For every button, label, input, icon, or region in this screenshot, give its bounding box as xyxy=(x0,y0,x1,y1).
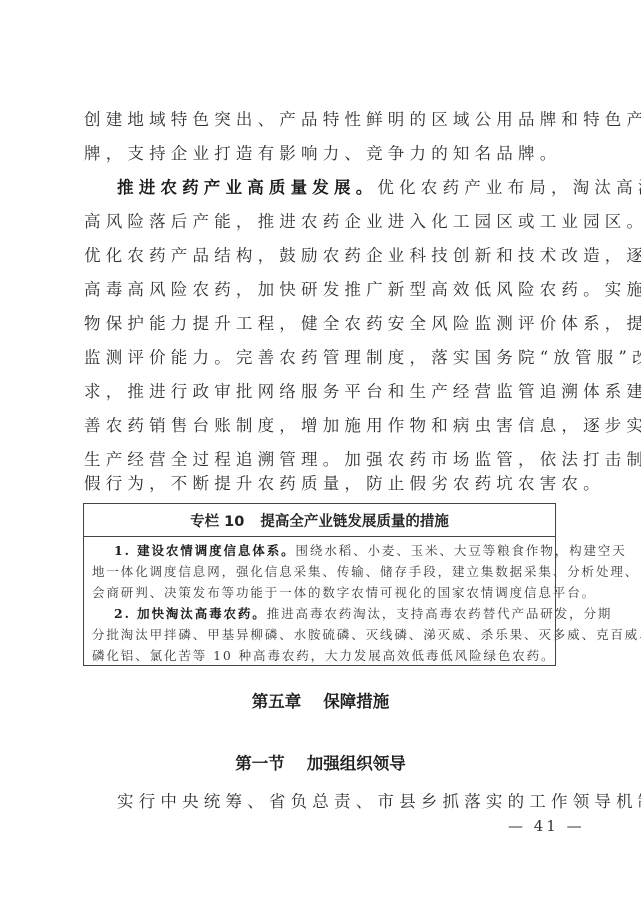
box-item-text: 围绕水稻、小麦、玉米、大豆等粮食作物，构建空天 xyxy=(296,543,627,558)
section-number: 第一节 xyxy=(235,754,285,773)
chapter-heading: 第五章保障措施 xyxy=(0,688,641,712)
box-item-text: 推进高毒农药淘汰，支持高毒农药替代产品研发，分期 xyxy=(267,606,613,621)
paragraph-line: 牌，支持企业打造有影响力、竞争力的知名品牌。 xyxy=(84,144,558,164)
paragraph-line: 善农药销售台账制度，增加施用作物和病虫害信息，逐步实现农药 xyxy=(84,416,558,436)
chapter-number: 第五章 xyxy=(252,692,302,711)
paragraph-line: 物保护能力提升工程，健全农药安全风险监测评价体系，提升风险 xyxy=(84,314,558,334)
section-heading: 第一节加强组织领导 xyxy=(0,750,641,774)
box-item-first-line: 2. 加快淘汰高毒农药。推进高毒农药淘汰，支持高毒农药替代产品研发，分期 xyxy=(92,606,546,622)
box-item-line: 地一体化调度信息网，强化信息采集、传输、储存手段，建立集数据采集、分析处理、 xyxy=(92,564,546,580)
document-page: 创建地域特色突出、产品特性鲜明的区域公用品牌和特色产品品 牌，支持企业打造有影响… xyxy=(0,0,641,907)
feature-box: 专栏 10 提高全产业链发展质量的措施 1. 建设农情调度信息体系。围绕水稻、小… xyxy=(83,503,556,666)
paragraph-first-line: 推进农药产业高质量发展。优化农药产业布局，淘汰高污染、 xyxy=(84,178,558,198)
box-header: 专栏 10 提高全产业链发展质量的措施 xyxy=(84,504,555,537)
box-item-line: 磷化铝、氯化苦等 10 种高毒农药，大力发展高效低毒低风险绿色农药。 xyxy=(92,648,546,664)
box-title: 提高全产业链发展质量的措施 xyxy=(260,510,449,531)
box-item-heading: 1. 建设农情调度信息体系。 xyxy=(114,543,296,558)
paragraph-line: 监测评价能力。完善农药管理制度，落实国务院“放管服”改革要 xyxy=(84,348,558,368)
box-item-first-line: 1. 建设农情调度信息体系。围绕水稻、小麦、玉米、大豆等粮食作物，构建空天 xyxy=(92,543,546,559)
box-item-line: 分批淘汰甲拌磷、甲基异柳磷、水胺硫磷、灭线磷、涕灭威、杀乐果、灭多威、克百威、 xyxy=(92,627,546,643)
paragraph-line: 创建地域特色突出、产品特性鲜明的区域公用品牌和特色产品品 xyxy=(84,110,558,130)
box-item-line: 会商研判、决策发布等功能于一体的数字农情可视化的国家农情调度信息平台。 xyxy=(92,585,546,601)
paragraph-line: 高毒高风险农药，加快研发推广新型高效低风险农药。实施动植 xyxy=(84,280,558,300)
paragraph-line: 生产经营全过程追溯管理。加强农药市场监管，依法打击制假售 xyxy=(84,450,558,470)
paragraph-line: 假行为，不断提升农药质量，防止假劣农药坑农害农。 xyxy=(84,474,558,494)
paragraph-line: 高风险落后产能，推进农药企业进入化工园区或工业园区。调整 xyxy=(84,212,558,232)
paragraph-line: 求，推进行政审批网络服务平台和生产经营监管追溯体系建设，完 xyxy=(84,382,558,402)
page-number: — 41 — xyxy=(508,817,585,835)
box-item-heading: 2. 加快淘汰高毒农药。 xyxy=(114,606,267,621)
box-label: 专栏 10 xyxy=(190,510,244,531)
paragraph-line: 实行中央统筹、省负总责、市县乡抓落实的工作领导机制，坚 xyxy=(84,792,558,812)
paragraph-line: 优化农药产品结构，鼓励农药企业科技创新和技术改造，逐步淘汰 xyxy=(84,246,558,266)
chapter-title: 保障措施 xyxy=(323,692,389,711)
section-title: 加强组织领导 xyxy=(307,754,406,773)
paragraph-text: 优化农药产业布局，淘汰高污染、 xyxy=(377,178,641,197)
paragraph-heading: 推进农药产业高质量发展。 xyxy=(117,178,377,197)
